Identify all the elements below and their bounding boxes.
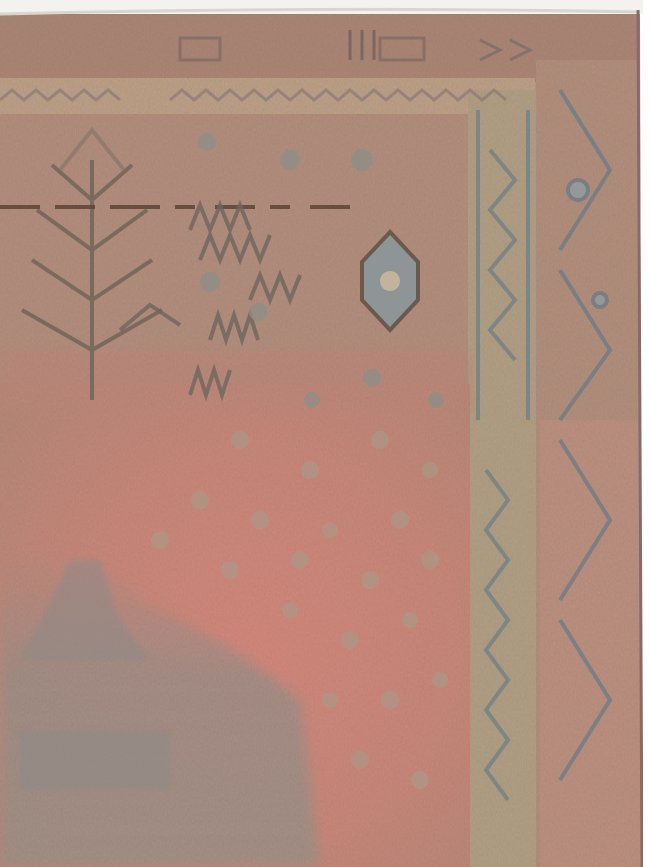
rug-photo (0, 0, 650, 867)
